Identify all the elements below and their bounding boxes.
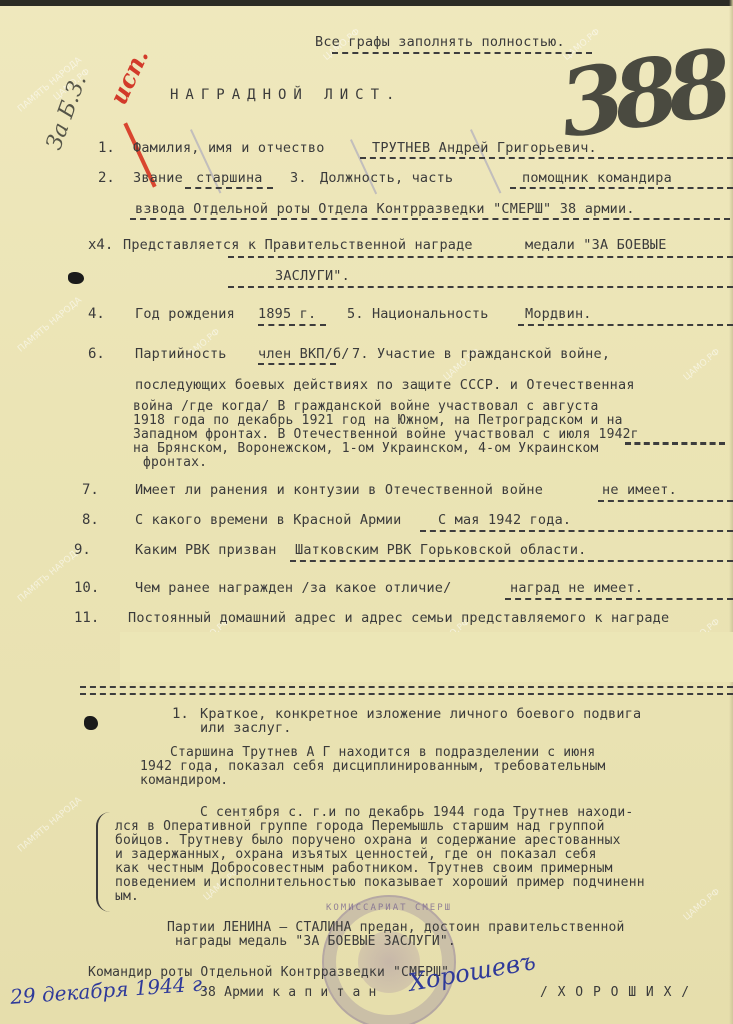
redacted-address bbox=[120, 632, 733, 682]
field-underline bbox=[598, 500, 733, 502]
field-value-previous-awards: наград не имеет. bbox=[510, 580, 643, 596]
field-value-army-since: С мая 1942 года. bbox=[438, 512, 571, 528]
field-label-award: Представляется к Правительственной награ… bbox=[123, 237, 473, 253]
war-participation-text: война /где когда/ В гражданской войне уч… bbox=[133, 399, 599, 414]
narrative-line: 1942 года, показал себя дисциплинированн… bbox=[140, 759, 606, 774]
watermark: ПАМЯТЬ НАРОДА bbox=[16, 295, 84, 354]
conclusion-line: Партии ЛЕНИНА — СТАЛИНА предан, достоин … bbox=[167, 920, 625, 935]
pencil-mark bbox=[470, 129, 501, 193]
field-label-rank: Звание bbox=[133, 170, 183, 186]
field-number: x4. bbox=[88, 237, 113, 253]
narrative-line: лся в Оперативной группе города Перемышл… bbox=[115, 819, 605, 834]
field-number: 2. bbox=[98, 170, 115, 186]
field-label-previous-awards: Чем ранее награжден /за какое отличие/ bbox=[135, 580, 451, 596]
war-participation-text: Западном фронтах. В Отечественной войне … bbox=[133, 427, 639, 442]
field-underline bbox=[510, 187, 733, 189]
narrative-line: бойцов. Трутневу было поручено охрана и … bbox=[115, 833, 621, 848]
signatory-name: / Х О Р О Ш И Х / bbox=[540, 985, 690, 1000]
narrative-line: С сентября с. г.и по декабрь 1944 года Т… bbox=[200, 805, 633, 820]
ink-blot bbox=[84, 716, 98, 730]
header-note: Все графы заполнять полностью. bbox=[315, 34, 565, 50]
field-underline bbox=[130, 218, 730, 220]
scan-edge bbox=[0, 0, 733, 6]
field-label-draft-office: Каким РВК призван bbox=[135, 542, 277, 558]
scan-edge-right bbox=[729, 0, 733, 1024]
field-label-address: Постоянный домашний адрес и адрес семьи … bbox=[128, 610, 669, 626]
field-number: 11. bbox=[74, 610, 99, 626]
watermark: ЦАМО.РФ bbox=[682, 347, 722, 383]
field-number: 3. bbox=[290, 170, 307, 186]
war-participation-text: фронтах. bbox=[143, 455, 207, 470]
stamp-text: КОМИССАРИАТ СМЕРШ bbox=[324, 903, 454, 913]
field-underline bbox=[228, 286, 733, 288]
war-participation-text: 1918 года по декабрь 1921 год на Южном, … bbox=[133, 413, 623, 428]
field-number: 6. bbox=[88, 346, 105, 362]
field-label-war-participation: 7. Участие в гражданской войне, bbox=[352, 346, 610, 362]
section-heading: или заслуг. bbox=[200, 720, 292, 736]
watermark: ЦАМО.РФ bbox=[682, 887, 722, 923]
field-underline bbox=[290, 560, 733, 562]
signatory-rank: 38 Армии к а п и т а н bbox=[200, 985, 377, 1000]
ink-blot bbox=[68, 272, 84, 284]
field-label-name: Фамилия, имя и отчество bbox=[133, 140, 325, 156]
conclusion-line: награды медаль "ЗА БОЕВЫЕ ЗАСЛУГИ". bbox=[175, 934, 456, 949]
field-value-party: член ВКП/б/ bbox=[258, 346, 350, 362]
narrative-line: поведением и исполнительностью показывае… bbox=[115, 875, 645, 890]
field-number: 9. bbox=[74, 542, 91, 558]
field-number: 8. bbox=[82, 512, 99, 528]
field-label-army-since: С какого времени в Красной Армии bbox=[135, 512, 402, 528]
watermark: ПАМЯТЬ НАРОДА bbox=[16, 795, 84, 854]
field-underline bbox=[505, 598, 733, 600]
field-value-award-cont: ЗАСЛУГИ". bbox=[275, 268, 350, 284]
field-underline bbox=[80, 693, 733, 695]
official-stamp: КОМИССАРИАТ СМЕРШ bbox=[322, 895, 456, 1024]
field-value-rank: старшина bbox=[196, 170, 263, 186]
field-label-position: Должность, часть bbox=[320, 170, 453, 186]
field-number: 4. bbox=[88, 306, 105, 322]
narrative-line: и задержанных, охрана изъятых ценностей,… bbox=[115, 847, 597, 862]
field-underline bbox=[518, 324, 733, 326]
field-label-birth-year: Год рождения bbox=[135, 306, 235, 322]
field-underline bbox=[258, 363, 336, 365]
field-value-birth-year: 1895 г. bbox=[258, 306, 316, 322]
narrative-line: как честным Добросовестным работником. Т… bbox=[115, 861, 613, 876]
field-number: 7. bbox=[82, 482, 99, 498]
field-number: 10. bbox=[74, 580, 99, 596]
war-participation-text: на Брянском, Воронежском, 1-ом Украинско… bbox=[133, 441, 599, 456]
section-number: 1. bbox=[172, 706, 189, 722]
field-value-position: помощник командира bbox=[522, 170, 672, 186]
red-margin-note: исп. bbox=[104, 44, 155, 109]
field-label-war-participation-cont: последующих боевых действиях по защите С… bbox=[135, 377, 635, 393]
field-value-name: ТРУТНЕВ Андрей Григорьевич. bbox=[372, 140, 597, 156]
narrative-line: ым. bbox=[115, 889, 139, 904]
field-label-party: Партийность bbox=[135, 346, 227, 362]
narrative-line: командиром. bbox=[140, 773, 228, 788]
field-value-position-cont: взвода Отдельной роты Отдела Контрразвед… bbox=[135, 201, 635, 217]
field-underline bbox=[228, 256, 733, 258]
award-sheet-page: ЦАМО.РФ ЦАМО.РФ ЦАМО.РФ ПАМЯТЬ НАРОДА ЦА… bbox=[0, 0, 733, 1024]
field-underline bbox=[625, 442, 725, 445]
margin-brace bbox=[96, 812, 112, 912]
narrative-line: Старшина Трутнев А Г находится в подразд… bbox=[170, 745, 595, 760]
field-label-wounds: Имеет ли ранения и контузии в Отечествен… bbox=[135, 482, 543, 498]
field-value-draft-office: Шатковским РВК Горьковской области. bbox=[295, 542, 586, 558]
document-title: НАГРАДНОЙ ЛИСТ. bbox=[170, 87, 401, 103]
field-underline bbox=[185, 187, 273, 189]
field-value-nationality: Мордвин. bbox=[525, 306, 592, 322]
field-number: 1. bbox=[98, 140, 115, 156]
field-underline bbox=[258, 324, 326, 326]
field-underline bbox=[360, 157, 733, 159]
field-underline bbox=[80, 686, 733, 688]
field-value-wounds: не имеет. bbox=[602, 482, 677, 498]
field-underline bbox=[420, 530, 733, 532]
field-value-award: медали "ЗА БОЕВЫЕ bbox=[525, 237, 667, 253]
field-label-nationality: 5. Национальность bbox=[347, 306, 489, 322]
